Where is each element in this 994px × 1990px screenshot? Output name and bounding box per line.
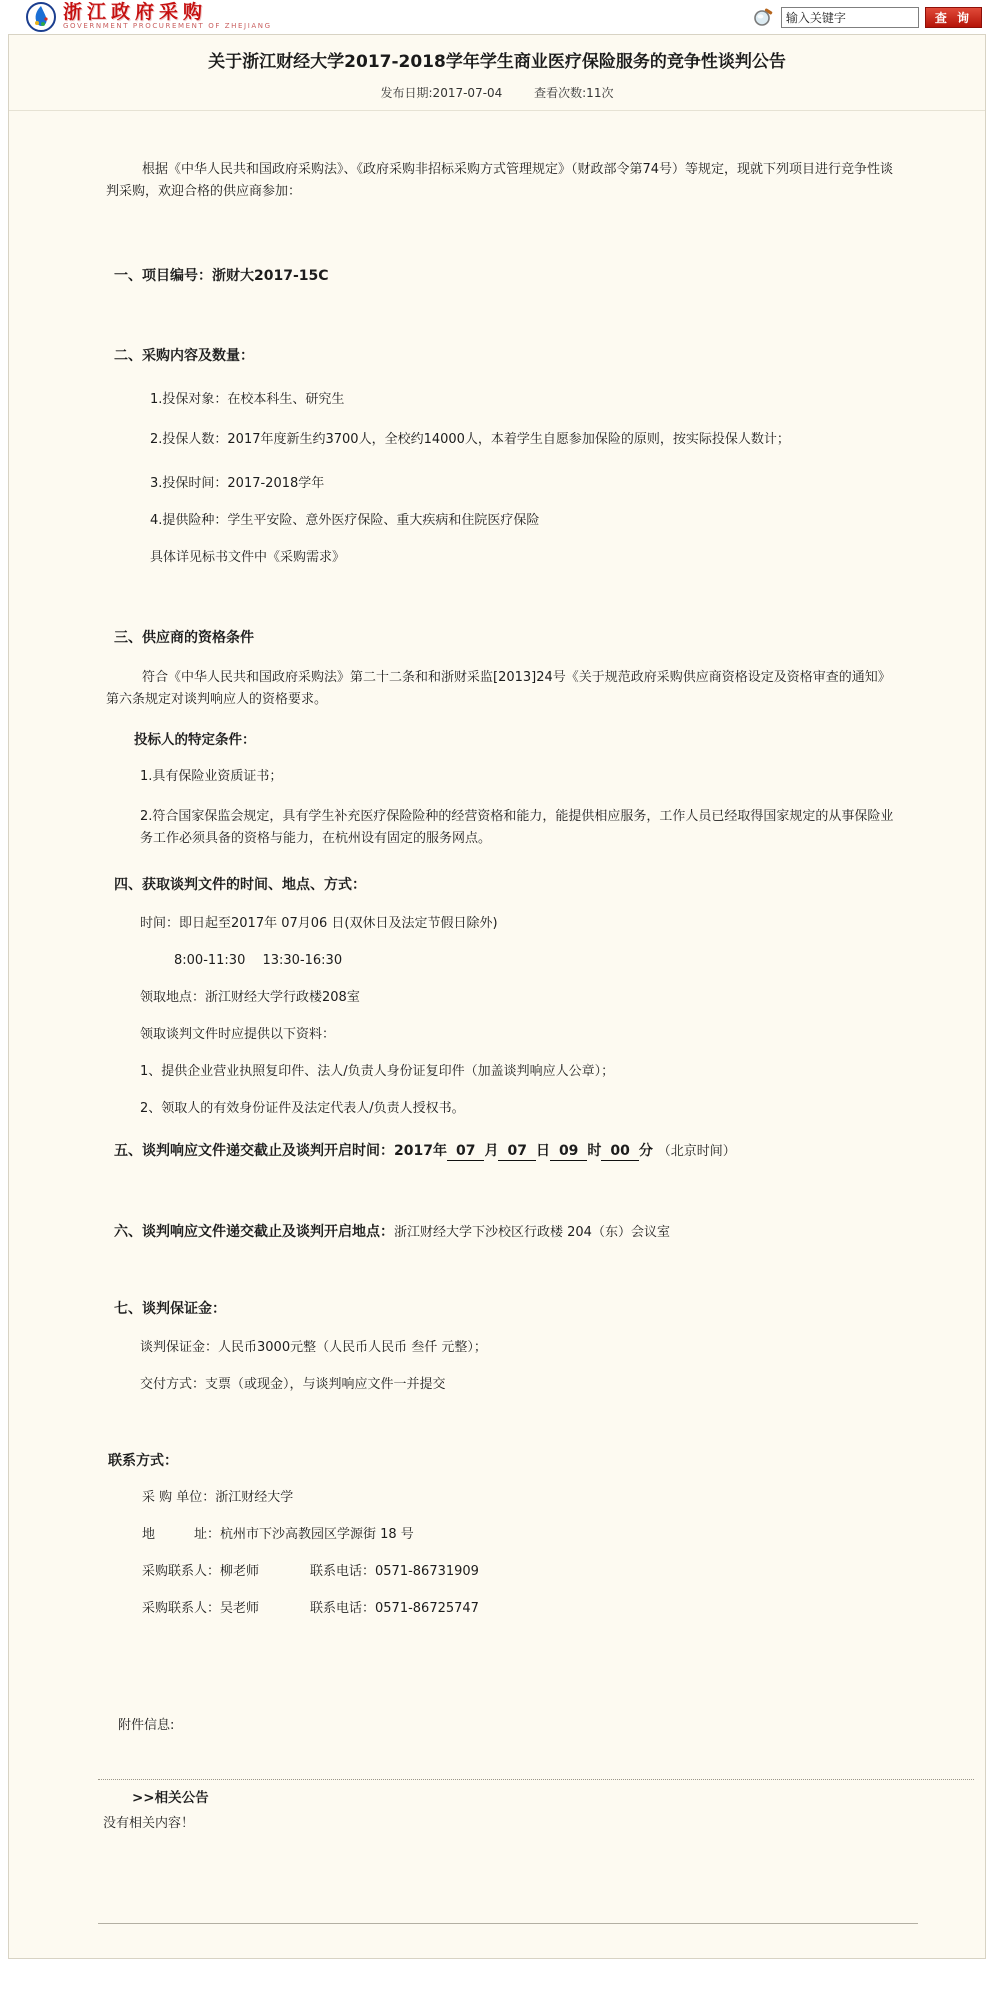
section5-heading: 五、谈判响应文件递交截止及谈判开启时间：2017年07月07日09时00分 （北… [114,1140,895,1163]
contact-row: 地 址：杭州市下沙高教园区学源街 18 号 [142,1524,895,1546]
publish-date: 发布日期:2017-07-04 [381,86,503,100]
contact-row: 采购联系人：吴老师联系电话：0571-86725747 [142,1598,895,1620]
section7-heading: 七、谈判保证金： [114,1298,895,1320]
site-header: 浙江政府采购 GOVERNMENT PROCUREMENT OF ZHEJIAN… [0,0,994,34]
related-announcements-heading[interactable]: >>相关公告 [132,1787,895,1809]
section5-timezone: （北京时间） [658,1144,736,1159]
section4-item: 1、提供企业营业执照复印件、法人/负责人身份证复印件（加盖谈判响应人公章）； [140,1061,895,1083]
section3-subheading: 投标人的特定条件： [134,729,895,751]
related-divider [98,1779,974,1780]
section4-item: 2、领取人的有效身份证件及法定代表人/负责人授权书。 [140,1098,895,1120]
contact-phone: 联系电话：0571-86731909 [310,1564,479,1579]
section7-item: 交付方式：支票（或现金），与谈判响应文件一并提交 [140,1374,895,1396]
section2-item: 3.投保时间：2017-2018学年 [150,473,895,495]
section7-item: 谈判保证金：人民币3000元整（人民币人民币 叁仟 元整）； [140,1337,895,1359]
intro-paragraph: 根据《中华人民共和国政府采购法》、《政府采购非招标采购方式管理规定》（财政部令第… [106,159,895,203]
contact-purchaser: 采 购 单位：浙江财经大学 [142,1487,310,1509]
meta-row: 发布日期:2017-07-04 查看次数:11次 [9,84,985,111]
contact-person: 采购联系人：柳老师 [142,1561,310,1583]
section5-day-value: 07 [498,1143,535,1161]
related-empty-message: 没有相关内容！ [103,1813,895,1835]
contact-heading: 联系方式： [108,1450,895,1472]
section4-item: 8:00-11:30 13:30-16:30 [174,950,895,972]
announcement-body: 根据《中华人民共和国政府采购法》、《政府采购非招标采购方式管理规定》（财政部令第… [9,159,985,1924]
search-icon [753,7,775,27]
section2-item: 2.投保人数：2017年度新生约3700人，全校约14000人，本着学生自愿参加… [150,429,895,451]
section6-heading: 六、谈判响应文件递交截止及谈判开启地点：浙江财经大学下沙校区行政楼 204（东）… [114,1221,895,1244]
section1-heading: 一、项目编号：浙财大2017-15C [114,265,895,287]
search-input[interactable] [781,7,919,28]
section2-item: 4.提供险种：学生平安险、意外医疗保险、重大疾病和住院医疗保险 [150,510,895,532]
section3-item: 2.符合国家保监会规定，具有学生补充医疗保险险种的经营资格和能力，能提供相应服务… [140,806,895,850]
section4-item: 领取谈判文件时应提供以下资料： [140,1024,895,1046]
section5-minute-suffix: 分 [639,1143,653,1159]
section2-item: 1.投保对象：在校本科生、研究生 [150,389,895,411]
section3-item: 1.具有保险业资质证书； [140,766,895,788]
logo-text: 浙江政府采购 GOVERNMENT PROCUREMENT OF ZHEJIAN… [63,3,272,31]
contact-person: 采购联系人：吴老师 [142,1598,310,1620]
section3-heading: 三、供应商的资格条件 [114,627,895,649]
logo-icon [26,2,56,32]
page-title: 关于浙江财经大学2017-2018学年学生商业医疗保险服务的竞争性谈判公告 [69,50,925,74]
section5-year: 2017年 [394,1143,447,1159]
search-button[interactable]: 查 询 [925,7,982,28]
section2-heading: 二、采购内容及数量： [114,345,895,367]
contact-row: 采购联系人：柳老师联系电话：0571-86731909 [142,1561,895,1583]
logo-subtitle: GOVERNMENT PROCUREMENT OF ZHEJIANG [63,22,272,31]
section4-item: 时间：即日起至2017年 07月06 日(双休日及法定节假日除外) [140,913,895,935]
section5-label: 五、谈判响应文件递交截止及谈判开启时间： [114,1143,394,1159]
section6-label: 六、谈判响应文件递交截止及谈判开启地点： [114,1224,394,1240]
footer-divider [98,1923,918,1924]
announcement-box: 关于浙江财经大学2017-2018学年学生商业医疗保险服务的竞争性谈判公告 发布… [8,34,986,1959]
section4-item: 领取地点：浙江财经大学行政楼208室 [140,987,895,1009]
section4-heading: 四、获取谈判文件的时间、地点、方式： [114,874,895,896]
section3-paragraph: 符合《中华人民共和国政府采购法》第二十二条和和浙财采监[2013]24号《关于规… [106,667,895,711]
section2-item: 具体详见标书文件中《采购需求》 [150,547,895,569]
section5-minute-value: 00 [601,1143,638,1161]
contact-address: 地 址：杭州市下沙高教园区学源街 18 号 [142,1524,414,1546]
section5-day-suffix: 日 [536,1143,550,1159]
contact-row: 采 购 单位：浙江财经大学 [142,1487,895,1509]
search-area: 查 询 [753,7,982,28]
attachments-label: 附件信息: [118,1715,895,1737]
section5-hour-suffix: 时 [587,1143,601,1159]
section5-month-value: 07 [447,1143,484,1161]
view-count: 查看次数:11次 [534,86,613,100]
section5-month-suffix: 月 [484,1143,498,1159]
section6-value: 浙江财经大学下沙校区行政楼 204（东）会议室 [394,1225,670,1240]
contact-phone: 联系电话：0571-86725747 [310,1601,479,1616]
section5-hour-value: 09 [550,1143,587,1161]
logo-title: 浙江政府采购 [63,3,272,22]
site-logo[interactable]: 浙江政府采购 GOVERNMENT PROCUREMENT OF ZHEJIAN… [26,2,272,32]
